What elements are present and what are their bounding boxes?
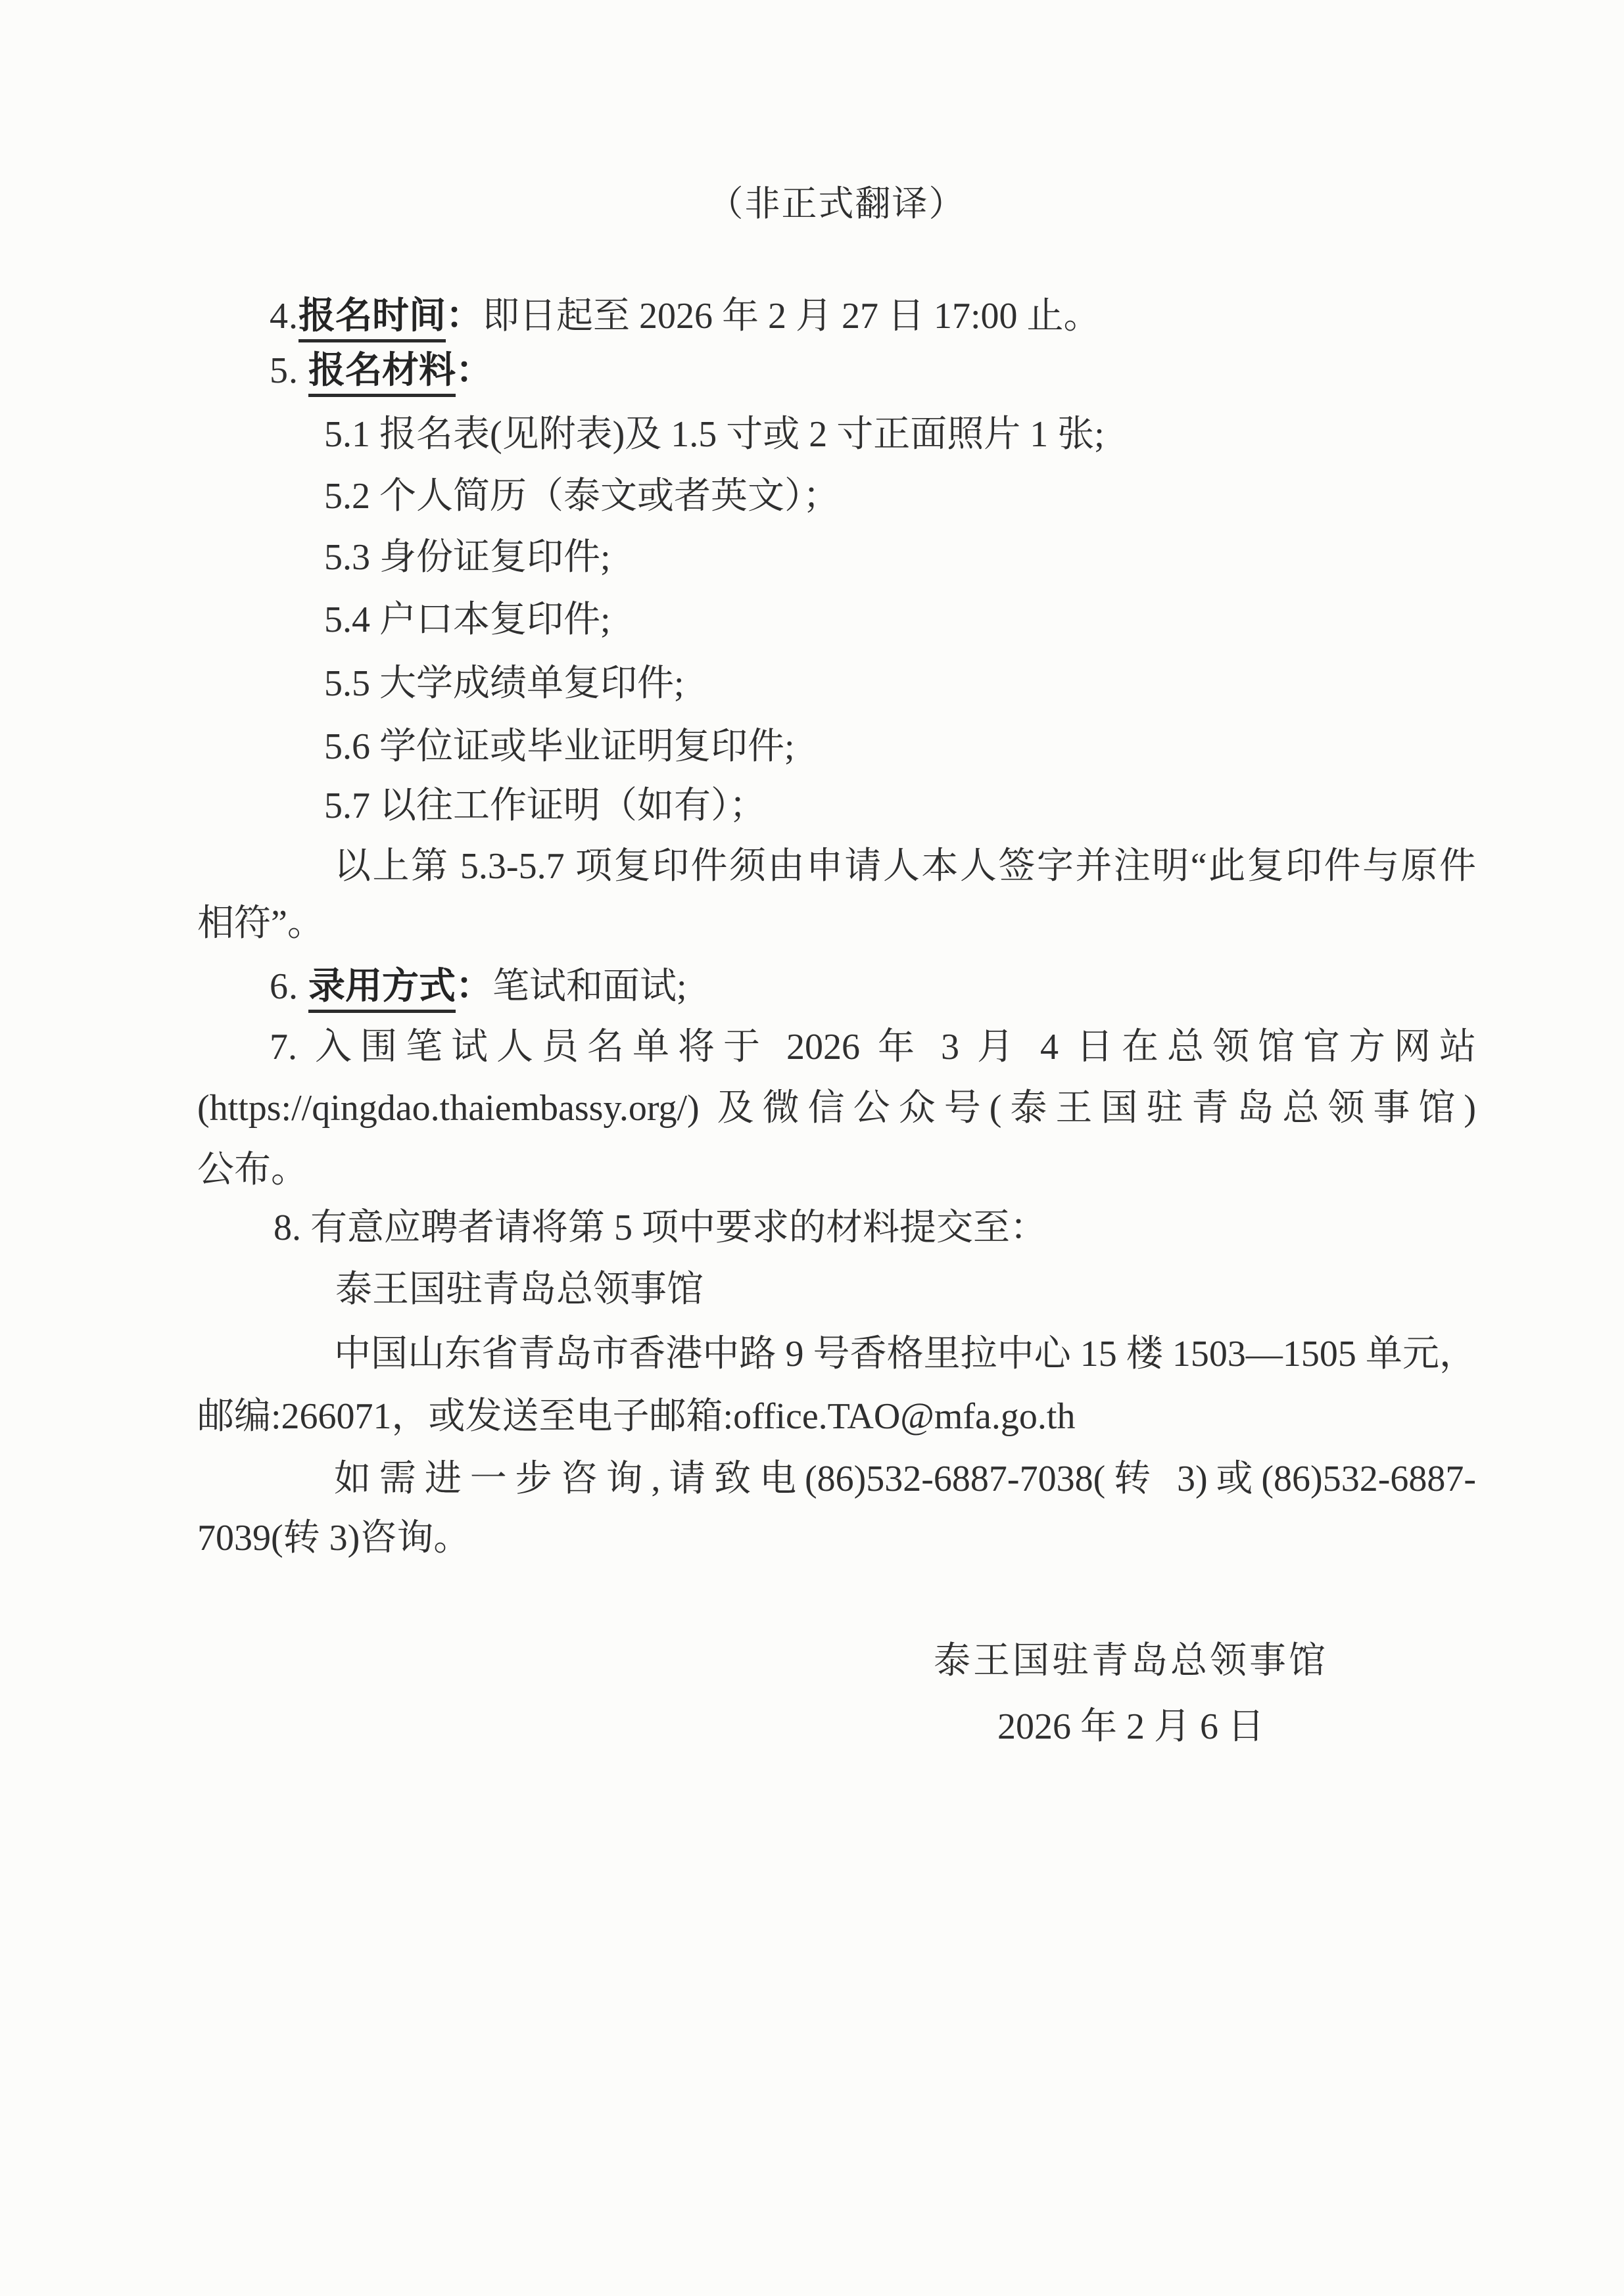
materials-note-line-1: 以上第 5.3-5.7 项复印件须由申请人本人签字并注明“此复印件与原件 — [334, 835, 1476, 897]
item-8-phone-line-2: 7039(转 3)咨询。 — [197, 1507, 470, 1569]
item-5-number: 5. — [270, 350, 308, 391]
signature-date: 2026 年 2 月 6 日 — [720, 1696, 1542, 1758]
item-7-line-3: 公布。 — [197, 1139, 308, 1201]
item-6-text: 笔试和面试; — [492, 966, 687, 1007]
item-4-heading: 报名时间： — [299, 294, 483, 342]
material-item-5-2: 5.2 个人简历（泰文或者英文）； — [324, 465, 840, 527]
item-6-heading: 录用方式： — [308, 965, 492, 1013]
item-5-colon: ： — [456, 349, 492, 390]
material-item-5-3: 5.3 身份证复印件; — [324, 527, 611, 588]
material-item-5-4: 5.4 户口本复印件; — [324, 589, 611, 651]
item-6-line: 6. 录用方式：笔试和面试; — [270, 955, 687, 1017]
item-6-colon: ： — [456, 965, 492, 1006]
item-7-line-2: (https://qingdao.thaiembassy.org/) 及微信公众… — [197, 1077, 1476, 1139]
item-4-colon: ： — [446, 294, 483, 336]
item-6-number: 6. — [270, 966, 308, 1007]
material-item-5-6: 5.6 学位证或毕业证明复印件; — [324, 716, 795, 778]
signature-organization: 泰王国驻青岛总领事馆 — [720, 1630, 1542, 1692]
document-title: （非正式翻译） — [197, 173, 1476, 235]
item-8-recipient-line: 泰王国驻青岛总领事馆 — [335, 1259, 704, 1321]
item-4-line: 4.报名时间：即日起至 2026 年 2 月 27 日 17:00 止。 — [270, 285, 1101, 346]
material-item-5-5: 5.5 大学成绩单复印件; — [324, 653, 684, 715]
material-item-5-7: 5.7 以往工作证明（如有）； — [324, 775, 766, 837]
item-5-heading: 报名材料： — [308, 349, 492, 397]
material-item-5-1: 5.1 报名表(见附表)及 1.5 寸或 2 寸正面照片 1 张; — [324, 404, 1105, 465]
item-8-line-1: 8. 有意应聘者请将第 5 项中要求的材料提交至： — [274, 1197, 1047, 1259]
item-8-address-line-1: 中国山东省青岛市香港中路 9 号香格里拉中心 15 楼 1503—1505 单元… — [334, 1323, 1476, 1385]
materials-note-line-2: 相符”。 — [197, 893, 324, 954]
item-8-address-line-2: 邮编:266071，或发送至电子邮箱:office.TAO@mfa.go.th — [197, 1386, 1075, 1447]
item-8-phone-line-1: 如需进一步咨询,请致电(86)532-6887-7038(转 3)或(86)53… — [334, 1448, 1476, 1510]
item-5-line: 5. 报名材料： — [270, 339, 492, 401]
item-7-line-1: 7. 入围笔试人员名单将于 2026 年 3 月 4 日在总领馆官方网站 — [270, 1016, 1476, 1078]
scanned-document-page: （非正式翻译） 4.报名时间：即日起至 2026 年 2 月 27 日 17:0… — [0, 0, 1624, 2296]
item-4-text: 即日起至 2026 年 2 月 27 日 17:00 止。 — [483, 296, 1101, 337]
item-4-number: 4. — [270, 296, 299, 337]
